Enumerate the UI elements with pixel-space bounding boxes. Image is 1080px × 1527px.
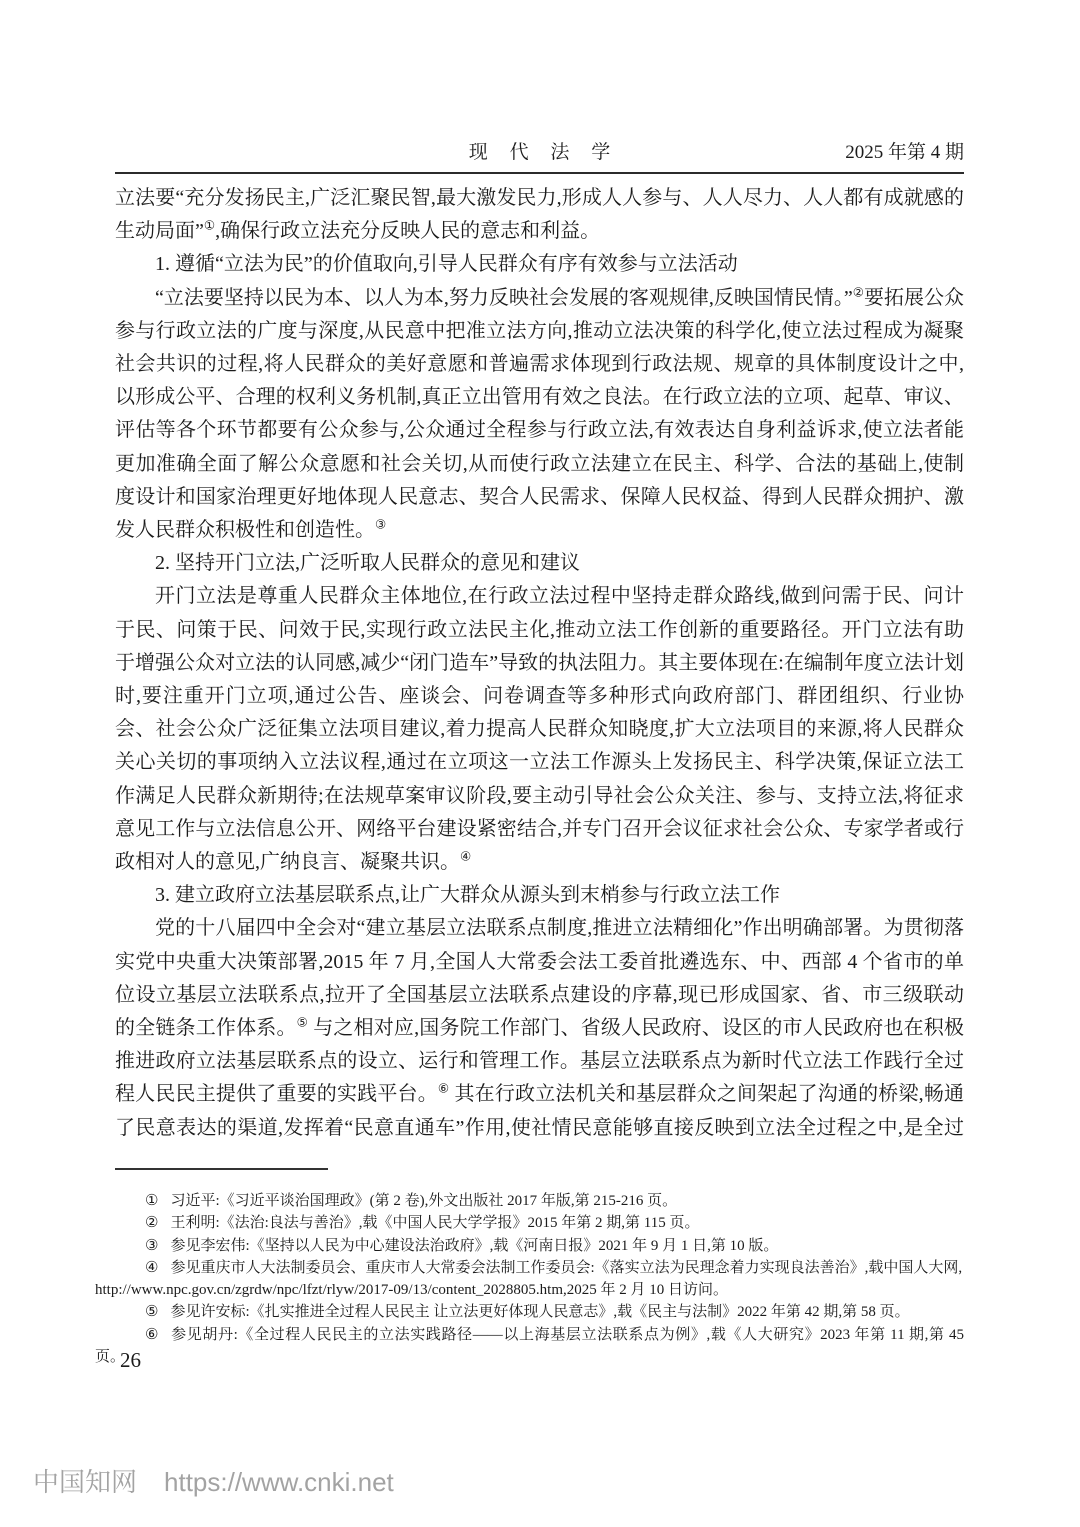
body-paragraph: 党的十八届四中全会对“建立基层立法联系点制度,推进立法精细化”作出明确部署。为贯…	[115, 912, 964, 1150]
footnote-ref: ⑥	[438, 1082, 449, 1096]
footnote-item: ③参见李宏伟:《坚持以人民为中心建设法治政府》,载《河南日报》2021 年 9 …	[95, 1235, 964, 1257]
footnote-marker: ④	[145, 1260, 158, 1276]
section-heading: 3. 建立政府立法基层联系点,让广大群众从源头到末梢参与行政立法工作	[115, 879, 964, 912]
footnote-marker: ③	[145, 1238, 158, 1254]
header-rule	[115, 172, 964, 174]
footnote-marker: ⑥	[145, 1327, 159, 1343]
footnote-marker: ②	[145, 1215, 158, 1231]
body-paragraph: 立法要“充分发扬民主,广泛汇聚民智,最大激发民力,形成人人参与、人人尽力、人人都…	[115, 182, 964, 248]
footnote-item: ②王利明:《法治:良法与善治》,载《中国人民大学学报》2015 年第 2 期,第…	[95, 1212, 964, 1234]
footnote-item: ①习近平:《习近平谈治国理政》(第 2 卷),外文出版社 2017 年版,第 2…	[95, 1190, 964, 1212]
footnote-ref: ②	[853, 285, 864, 299]
journal-title: 现代法学	[469, 142, 632, 163]
page-content: 现代法学 2025 年第 4 期 立法要“充分发扬民主,广泛汇聚民智,最大激发民…	[115, 0, 964, 1150]
page-number: 26	[120, 1348, 141, 1373]
running-head: 现代法学 2025 年第 4 期	[115, 0, 964, 163]
cnki-brand-text: 中国知网	[33, 1462, 137, 1499]
body-paragraph: “立法要坚持以民为本、以人为本,努力反映社会发展的客观规律,反映国情民情。”②要…	[115, 282, 964, 548]
footnote-item: ⑥参见胡丹:《全过程人民民主的立法实践路径——以上海基层立法联系点为例》,载《人…	[95, 1324, 964, 1369]
footnote-divider	[115, 1168, 328, 1170]
footnote-ref: ⑤	[297, 1015, 308, 1029]
journal-issue: 2025 年第 4 期	[845, 142, 964, 163]
footnote-item: ④参见重庆市人大法制委员会、重庆市人大常委会法制工作委员会:《落实立法为民理念着…	[95, 1257, 964, 1302]
footnote-marker: ⑤	[145, 1304, 158, 1320]
footnote-ref: ③	[375, 517, 386, 531]
body-paragraph: 开门立法是尊重人民群众主体地位,在行政立法过程中坚持走群众路线,做到问需于民、问…	[115, 580, 964, 879]
section-heading: 1. 遵循“立法为民”的价值取向,引导人民群众有序有效参与立法活动	[115, 248, 964, 281]
section-heading: 2. 坚持开门立法,广泛听取人民群众的意见和建议	[115, 547, 964, 580]
footnote-ref: ①	[204, 219, 215, 233]
article-body: 立法要“充分发扬民主,广泛汇聚民智,最大激发民力,形成人人参与、人人尽力、人人都…	[115, 182, 964, 1150]
cnki-watermark: 中国知网 https://www.cnki.net	[33, 1462, 394, 1499]
footnotes-section: ①习近平:《习近平谈治国理政》(第 2 卷),外文出版社 2017 年版,第 2…	[95, 1190, 964, 1368]
footnote-item: ⑤参见许安标:《扎实推进全过程人民民主 让立法更好体现人民意志》,载《民主与法制…	[95, 1301, 964, 1323]
journal-page: 现代法学 2025 年第 4 期 立法要“充分发扬民主,广泛汇聚民智,最大激发民…	[0, 0, 1080, 1527]
footnote-marker: ①	[145, 1193, 158, 1209]
footnote-ref: ④	[460, 849, 471, 863]
cnki-url-text: https://www.cnki.net	[164, 1467, 394, 1498]
